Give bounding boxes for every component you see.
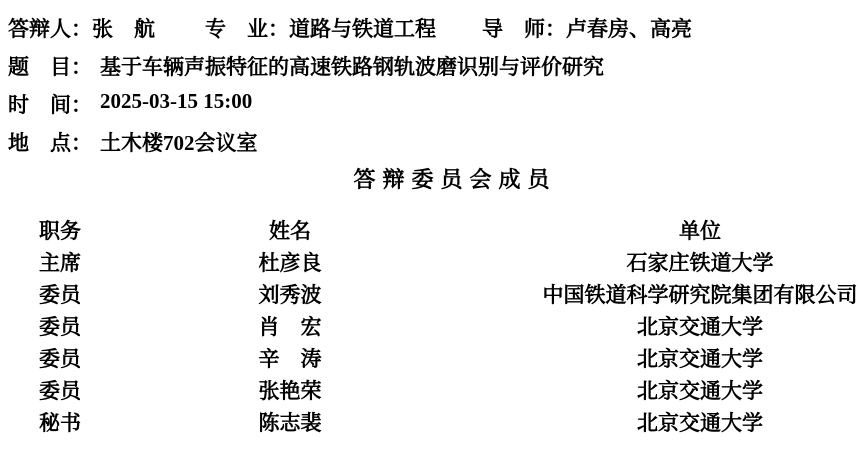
- defender-name: 张 航: [92, 17, 155, 41]
- defender-line: 答辩人：张 航 专 业：道路与铁道工程 导 师：卢春房、高亮: [0, 8, 858, 46]
- place-value: 土木楼702会议室: [100, 127, 258, 157]
- table-row: 主席杜彦良石家庄铁道大学: [0, 246, 858, 278]
- title-label: 题 目：: [8, 51, 92, 81]
- cell-role: 主席: [0, 247, 120, 277]
- table-row: 委员张艳荣北京交通大学: [0, 374, 858, 406]
- committee-table: 职务 姓名 单位 主席杜彦良石家庄铁道大学委员刘秀波中国铁道科学研究院集团有限公…: [0, 214, 858, 438]
- advisor-segment: 导 师：卢春房、高亮: [482, 13, 692, 43]
- place-line: 地 点： 土木楼702会议室: [0, 122, 858, 160]
- time-value: 2025-03-15 15:00: [100, 89, 252, 114]
- cell-name: 肖 宏: [120, 311, 460, 341]
- cell-name: 辛 涛: [120, 343, 460, 373]
- cell-name: 刘秀波: [120, 279, 460, 309]
- major-segment: 专 业：道路与铁道工程: [205, 13, 436, 43]
- cell-role: 委员: [0, 343, 120, 373]
- cell-org: 北京交通大学: [460, 407, 858, 437]
- cell-name: 张艳荣: [120, 375, 460, 405]
- cell-org: 中国铁道科学研究院集团有限公司: [460, 279, 858, 309]
- column-header-name: 姓名: [120, 215, 460, 245]
- table-row: 委员肖 宏北京交通大学: [0, 310, 858, 342]
- cell-role: 委员: [0, 279, 120, 309]
- defense-announcement-document: 答辩人：张 航 专 业：道路与铁道工程 导 师：卢春房、高亮 题 目： 基于车辆…: [0, 0, 858, 451]
- cell-org: 北京交通大学: [460, 375, 858, 405]
- time-label: 时 间：: [8, 89, 92, 119]
- cell-role: 秘书: [0, 407, 120, 437]
- cell-name: 杜彦良: [120, 247, 460, 277]
- table-header-row: 职务 姓名 单位: [0, 214, 858, 246]
- column-header-role: 职务: [0, 215, 120, 245]
- advisor-value: 卢春房、高亮: [566, 17, 692, 41]
- cell-role: 委员: [0, 375, 120, 405]
- committee-heading: 答辩委员会成员: [0, 164, 858, 196]
- cell-role: 委员: [0, 311, 120, 341]
- advisor-label: 导 师：: [482, 17, 566, 41]
- table-row: 委员刘秀波中国铁道科学研究院集团有限公司: [0, 278, 858, 310]
- table-row: 委员辛 涛北京交通大学: [0, 342, 858, 374]
- defender-label: 答辩人：: [8, 17, 92, 41]
- committee-rows: 主席杜彦良石家庄铁道大学委员刘秀波中国铁道科学研究院集团有限公司委员肖 宏北京交…: [0, 246, 858, 438]
- place-label: 地 点：: [8, 127, 92, 157]
- major-label: 专 业：: [205, 17, 289, 41]
- cell-name: 陈志裴: [120, 407, 460, 437]
- cell-org: 石家庄铁道大学: [460, 247, 858, 277]
- table-row: 秘书陈志裴北京交通大学: [0, 406, 858, 438]
- thesis-title: 基于车辆声振特征的高速铁路钢轨波磨识别与评价研究: [100, 51, 604, 81]
- cell-org: 北京交通大学: [460, 343, 858, 373]
- cell-org: 北京交通大学: [460, 311, 858, 341]
- column-header-org: 单位: [460, 215, 858, 245]
- major-value: 道路与铁道工程: [289, 17, 436, 41]
- time-line: 时 间： 2025-03-15 15:00: [0, 84, 858, 122]
- title-line: 题 目： 基于车辆声振特征的高速铁路钢轨波磨识别与评价研究: [0, 46, 858, 84]
- defender-segment: 答辩人：张 航: [8, 13, 155, 43]
